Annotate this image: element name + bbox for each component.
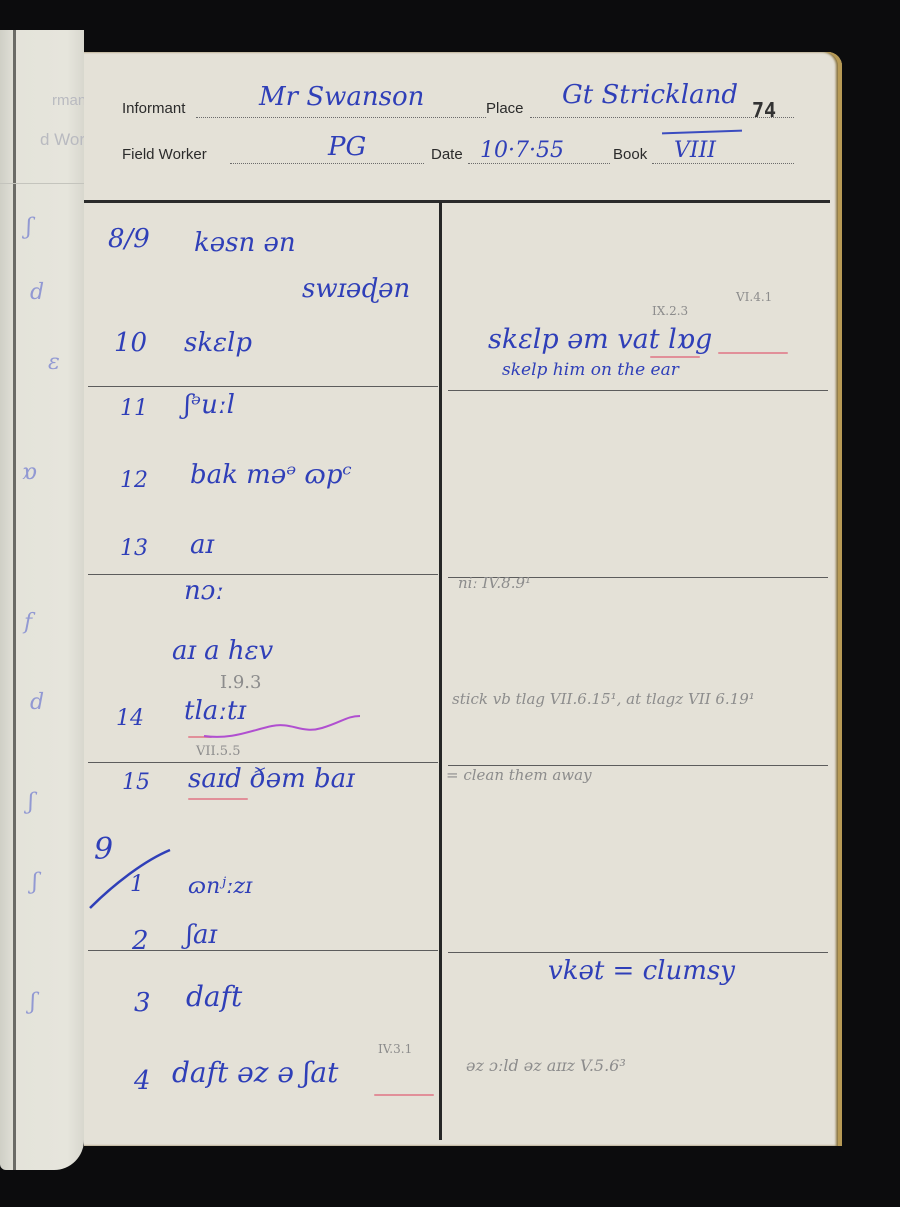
entry-text: ʃaɪ: [186, 920, 217, 950]
bleed-scribble: ɛ: [48, 350, 60, 375]
book-value: VIII: [674, 138, 716, 163]
notebook-page: Informant Mr Swanson Place Gt Strickland…: [84, 52, 842, 1146]
field-worker-label: Field Worker: [122, 146, 207, 163]
previous-page-edge: rmant d Worker ʃ d ɛ ɒ f d ʃ ʃ ʃ: [0, 30, 84, 1170]
bleed-scribble: d: [30, 690, 44, 715]
bleed-scribble: ɒ: [22, 460, 37, 485]
red-underline-mark: [650, 356, 700, 358]
entry-text: skɛlp: [184, 328, 252, 358]
red-underline-mark: [374, 1094, 434, 1096]
entry-number: 12: [120, 468, 148, 493]
bleed-scribble: d: [30, 280, 44, 305]
right-row-divider: [448, 952, 828, 953]
date-dotted-line: [468, 163, 610, 164]
left-row-divider: [88, 386, 438, 387]
informant-label: Informant: [122, 100, 185, 117]
pencil-note: niː IV.8.9¹: [458, 574, 531, 592]
field-worker-dotted-line: [230, 163, 424, 164]
reference-note: VI.4.1: [736, 290, 772, 304]
note-text: vkət = clumsy: [548, 956, 735, 986]
entry-text: saɪd ðəm baɪ: [188, 764, 355, 794]
entry-text: nɔː: [184, 576, 224, 606]
book-overline: [662, 130, 742, 135]
entry-text: daft: [186, 980, 242, 1013]
bleed-scribble: f: [24, 610, 32, 635]
red-underline-mark: [188, 798, 248, 800]
book-dotted-line: [652, 163, 794, 164]
bleed-scribble: ʃ: [32, 870, 38, 895]
reference-note: IV.3.1: [378, 1042, 412, 1056]
entry-number: 11: [120, 396, 148, 421]
entry-text: bak məᵊ ɷpᶜ: [190, 460, 352, 490]
entry-number: 4: [134, 1066, 151, 1096]
informant-value: Mr Swanson: [259, 82, 424, 112]
right-row-divider: [448, 390, 828, 391]
pencil-note: = clean them away: [446, 766, 592, 784]
ghost-rule: [0, 183, 84, 184]
entry-number: 3: [134, 988, 151, 1018]
entry-text: aɪ a hɛv: [172, 636, 273, 666]
reference-note: VII.5.5: [196, 744, 240, 759]
place-value: Gt Strickland: [562, 80, 738, 110]
header-rule: [84, 200, 830, 203]
entry-number: 13: [120, 536, 148, 561]
entry-text: aɪ: [190, 530, 214, 560]
date-value: 10·7·55: [480, 138, 564, 163]
purple-wavy-underline: [202, 712, 362, 742]
left-row-divider: [88, 574, 438, 575]
entry-text: daft əz ə ʃat: [172, 1056, 338, 1089]
reference-note: IX.2.3: [652, 304, 688, 318]
entry-text: ʃᵊuːl: [184, 390, 235, 420]
entry-number: 1: [130, 872, 144, 897]
entry-number: 2: [132, 926, 149, 956]
bleed-scribble: ʃ: [28, 790, 34, 815]
entry-number: 15: [122, 770, 150, 795]
informant-dotted-line: [196, 117, 486, 118]
place-label: Place: [486, 100, 524, 117]
bleed-scribble: ʃ: [26, 215, 32, 240]
pencil-note: stick vb tlag VII.6.15¹, at tlagz VII 6.…: [452, 690, 755, 708]
entry-number: 10: [114, 328, 147, 358]
entry-number: 14: [116, 706, 144, 731]
book-label: Book: [613, 146, 647, 163]
page-marker-slash: [86, 846, 172, 912]
red-underline-mark: [718, 352, 788, 354]
reference-note: I.9.3: [220, 672, 261, 693]
bleed-scribble: ʃ: [30, 990, 36, 1015]
entry-text: ɷnʲːzɪ: [188, 874, 252, 899]
page-number: 74: [752, 98, 776, 122]
left-row-divider: [88, 762, 438, 763]
entry-number: 8/9: [108, 224, 150, 254]
field-worker-value: PG: [328, 132, 366, 162]
entry-continuation: swɪəɖən: [302, 274, 410, 304]
pencil-note: əz ɔːld əz aɪɪz V.5.6³: [466, 1056, 626, 1075]
column-divider: [439, 202, 442, 1140]
note-gloss: skelp him on the ear: [502, 360, 679, 380]
note-text: skɛlp əm vat lɒg: [488, 324, 712, 355]
entry-text: kəsn ən: [194, 228, 296, 258]
book-spine: [13, 30, 16, 1170]
date-label: Date: [431, 146, 463, 163]
